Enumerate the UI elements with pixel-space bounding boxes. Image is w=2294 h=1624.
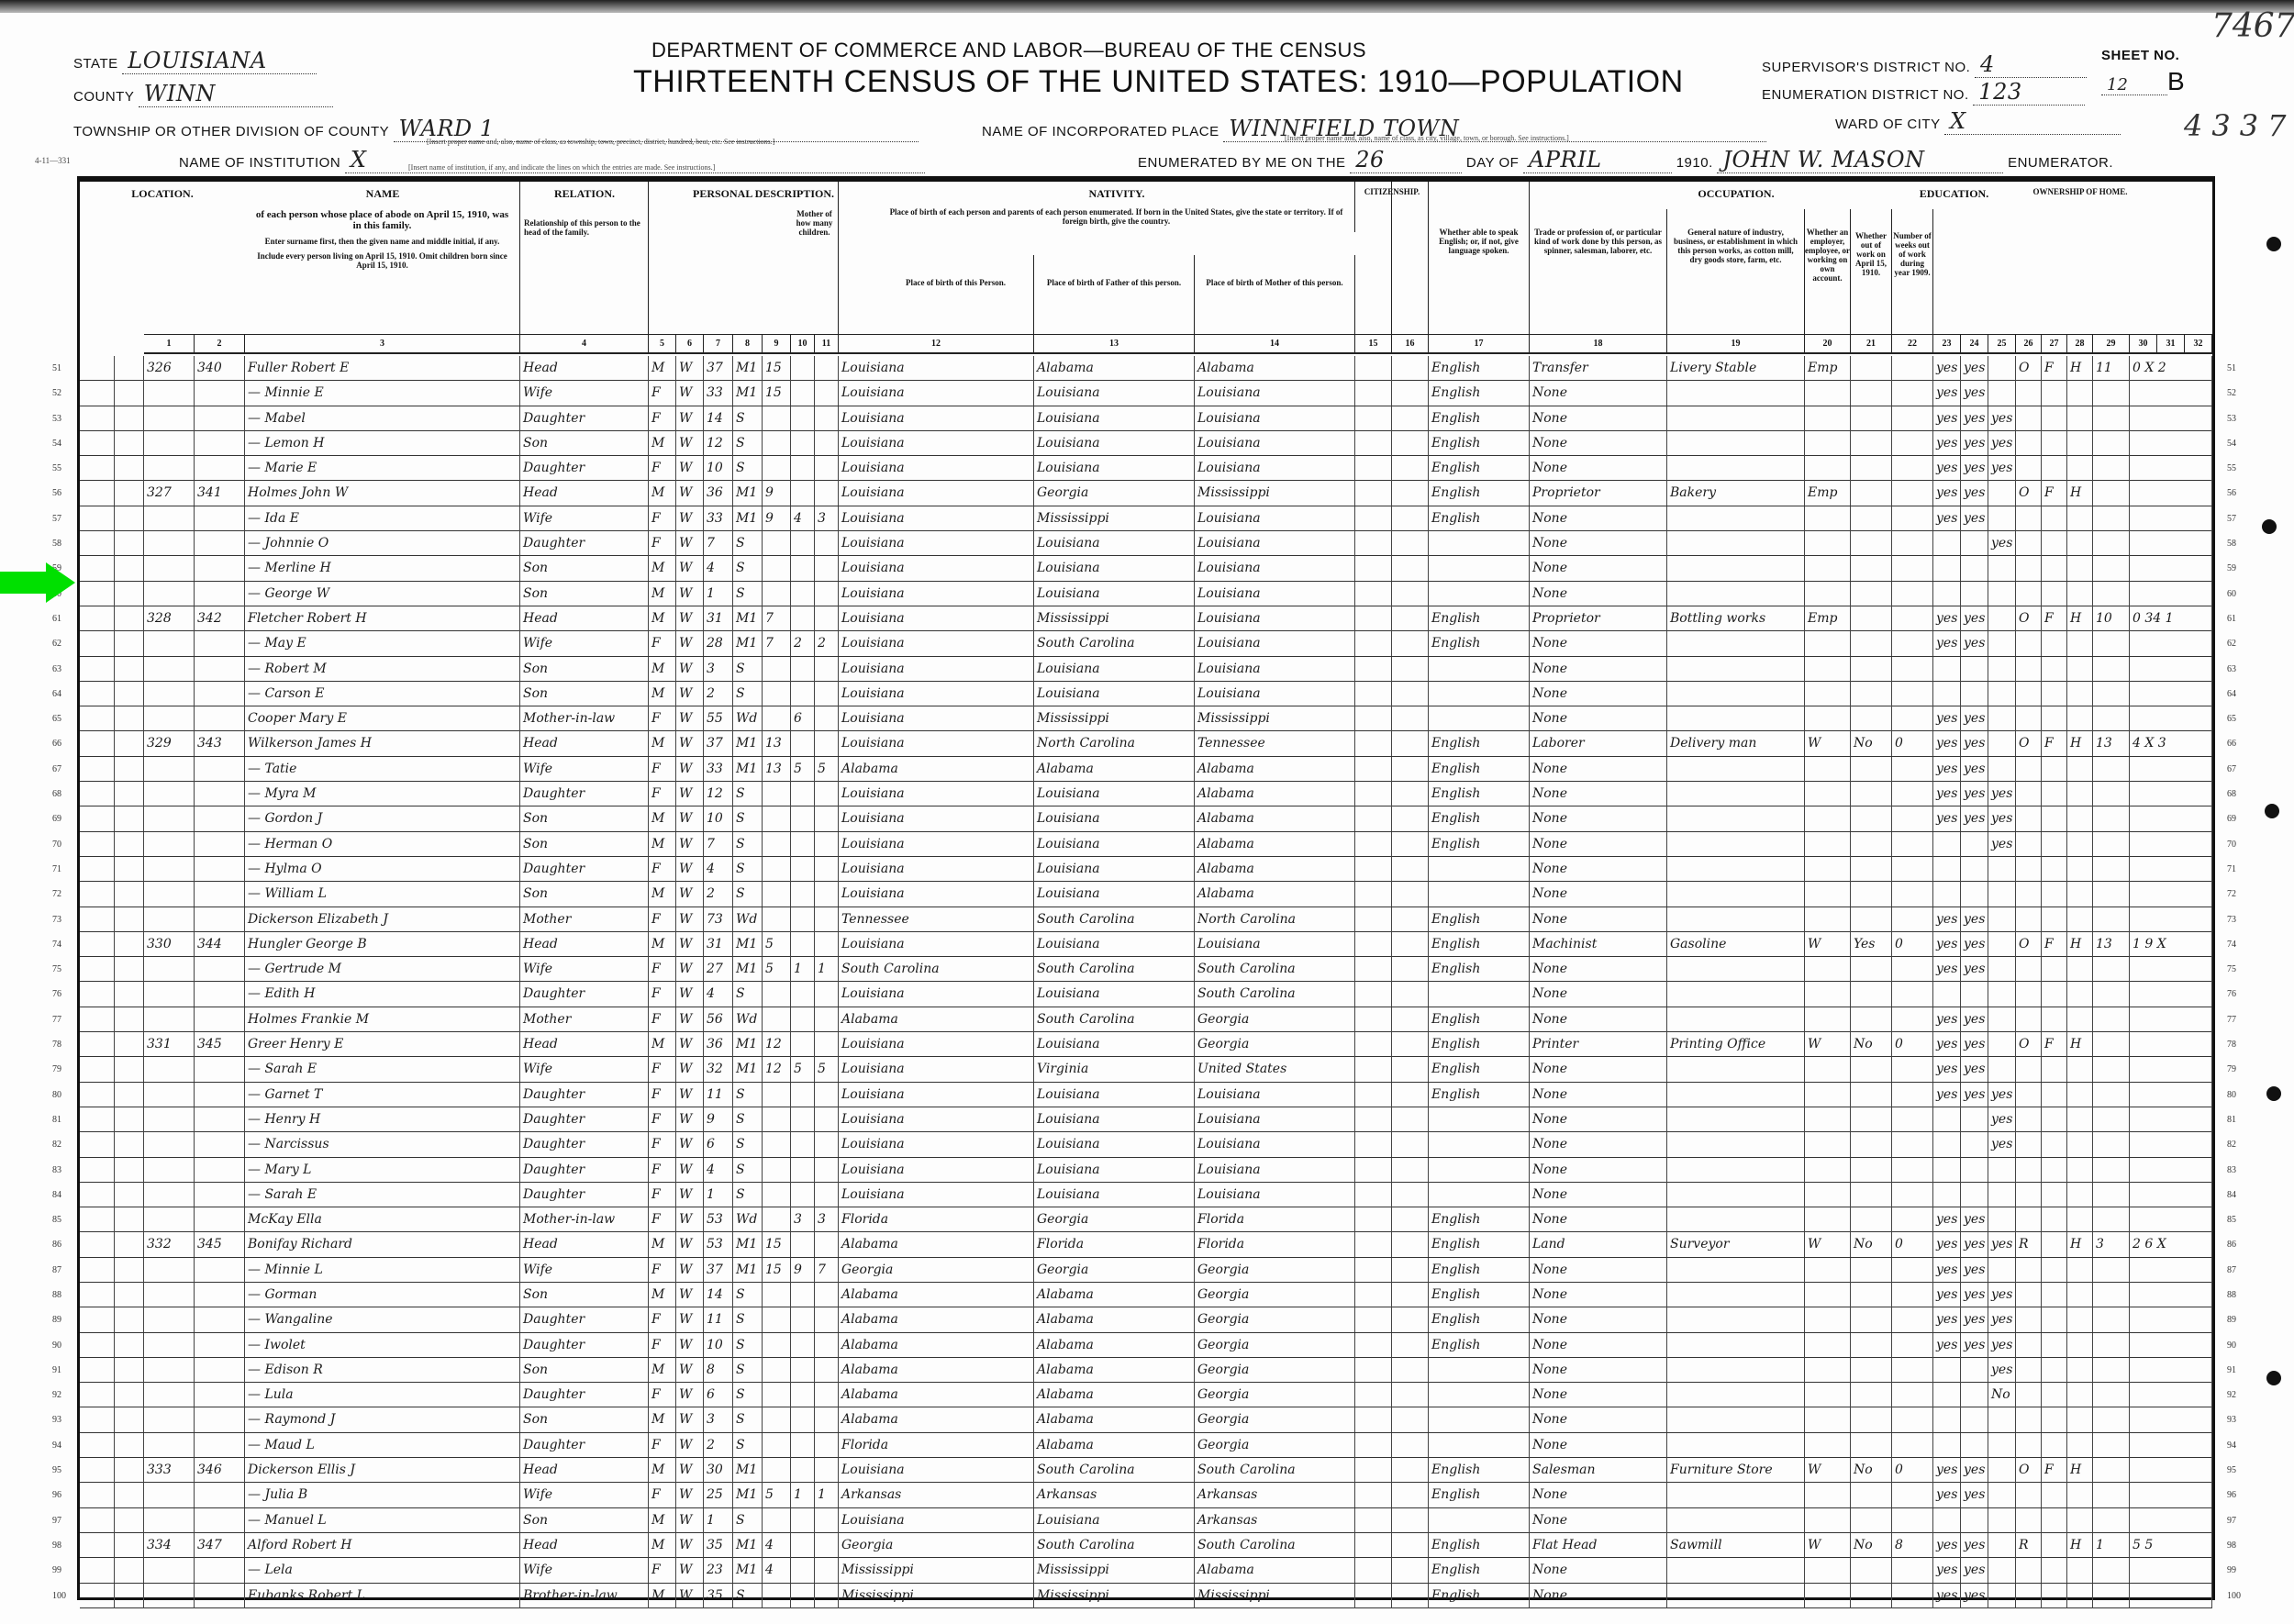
cell-language: English — [1429, 431, 1530, 456]
cell-father-birth: Mississippi — [1034, 506, 1195, 531]
cell-employer — [1805, 431, 1851, 456]
cell-read: yes — [1933, 1533, 1961, 1558]
cell-out-of-work — [1851, 481, 1892, 506]
cell-read: yes — [1933, 1307, 1961, 1332]
cell-born — [791, 682, 815, 706]
cell-name: Alford Robert H — [245, 1533, 520, 1558]
cell-owned — [2016, 1433, 2042, 1458]
cell-mother-birth: Georgia — [1195, 1333, 1355, 1358]
cell-father-birth: Alabama — [1034, 1407, 1195, 1432]
cell-relation: Daughter — [520, 1158, 649, 1183]
cell-empty — [80, 531, 115, 556]
cell-schedule — [2093, 1383, 2130, 1407]
cell-extra — [2130, 531, 2212, 556]
line-number-right: 82 — [2227, 1140, 2236, 1150]
cell-trade: None — [1530, 1558, 1667, 1583]
cell-empty — [1392, 556, 1429, 581]
cell-trade: None — [1530, 1057, 1667, 1082]
cell-empty — [80, 1508, 115, 1533]
cell-marital: M1 — [733, 731, 763, 756]
cell-marital: S — [733, 1358, 763, 1383]
cell-father-birth: Louisiana — [1034, 556, 1195, 581]
column-number: 20 — [1805, 334, 1851, 354]
cell-employer — [1805, 857, 1851, 882]
cell-extra — [2130, 1007, 2212, 1032]
cell-out-of-work — [1851, 456, 1892, 481]
cell-marital: S — [733, 582, 763, 606]
cell-family — [195, 832, 245, 857]
cell-empty — [1355, 1083, 1392, 1107]
cell-mother-birth: North Carolina — [1195, 907, 1355, 932]
cell-years-married — [763, 1158, 791, 1183]
cell-relation: Wife — [520, 1057, 649, 1082]
cell-free — [2042, 706, 2067, 731]
cell-empty — [115, 481, 144, 506]
line-number-left: 52 — [52, 388, 61, 398]
cell-years-married — [763, 1433, 791, 1458]
cell-language: English — [1429, 757, 1530, 782]
cell-age: 1 — [704, 1183, 733, 1207]
cell-employer: W — [1805, 1458, 1851, 1483]
cell-empty — [1392, 582, 1429, 606]
cell-sex: M — [649, 806, 676, 831]
cell-marital: S — [733, 1183, 763, 1207]
line-number-left: 81 — [52, 1115, 61, 1125]
line-number-left: 92 — [52, 1390, 61, 1400]
cell-house — [2067, 1183, 2093, 1207]
cell-father-birth: Florida — [1034, 1232, 1195, 1257]
cell-born: 9 — [791, 1258, 815, 1283]
cell-write — [1961, 1158, 1988, 1183]
cell-mother-birth: Louisiana — [1195, 431, 1355, 456]
cell-dwelling — [144, 1383, 195, 1407]
cell-age: 4 — [704, 982, 733, 1007]
cell-out-of-work: No — [1851, 1533, 1892, 1558]
cell-schedule — [2093, 832, 2130, 857]
cell-read: yes — [1933, 731, 1961, 756]
table-row: — Maud LDaughterFW2SFloridaAlabamaGeorgi… — [80, 1433, 2212, 1458]
cell-out-of-work — [1851, 882, 1892, 907]
cell-write: yes — [1961, 1007, 1988, 1032]
cell-years-married — [763, 706, 791, 731]
cell-living — [815, 556, 839, 581]
cell-schedule — [2093, 506, 2130, 531]
line-number-right: 64 — [2227, 689, 2236, 699]
cell-relation: Son — [520, 556, 649, 581]
line-number-left: 80 — [52, 1090, 61, 1100]
cell-empty — [115, 1057, 144, 1082]
cell-relation: Daughter — [520, 1383, 649, 1407]
cell-language: English — [1429, 1283, 1530, 1307]
cell-marital: S — [733, 1132, 763, 1157]
cell-father-birth: Georgia — [1034, 1207, 1195, 1232]
cell-dwelling: 333 — [144, 1458, 195, 1483]
cell-language: English — [1429, 1333, 1530, 1358]
cell-race: W — [676, 1283, 704, 1307]
cell-sex: M — [649, 1232, 676, 1257]
cell-trade: None — [1530, 582, 1667, 606]
cell-house — [2067, 456, 2093, 481]
table-row: — Manuel LSonMW1SLouisianaLouisianaArkan… — [80, 1508, 2212, 1533]
cell-house — [2067, 1307, 2093, 1332]
cell-race: W — [676, 1558, 704, 1583]
cell-schedule — [2093, 531, 2130, 556]
cell-free — [2042, 657, 2067, 682]
line-number-left: 64 — [52, 689, 61, 699]
cell-empty — [1355, 757, 1392, 782]
cell-employer — [1805, 1207, 1851, 1232]
cell-owned: O — [2016, 1458, 2042, 1483]
cell-empty — [1392, 857, 1429, 882]
cell-read — [1933, 1132, 1961, 1157]
cell-trade: None — [1530, 1483, 1667, 1507]
cell-name: Dickerson Ellis J — [245, 1458, 520, 1483]
cell-out-of-work: No — [1851, 1232, 1892, 1257]
cell-employer — [1805, 506, 1851, 531]
cell-house — [2067, 1508, 2093, 1533]
table-row: — Minnie EWifeFW33M115LouisianaLouisiana… — [80, 381, 2212, 406]
cell-free — [2042, 506, 2067, 531]
cell-trade: None — [1530, 1584, 1667, 1608]
cell-empty — [1355, 1483, 1392, 1507]
cell-born — [791, 907, 815, 932]
cell-empty — [115, 1032, 144, 1057]
cell-years-married: 15 — [763, 356, 791, 381]
cell-family — [195, 1433, 245, 1458]
cell-empty — [1392, 706, 1429, 731]
cell-industry: Bakery — [1667, 481, 1805, 506]
enumeration-label: ENUMERATION DISTRICT NO. — [1762, 87, 1969, 103]
cell-family — [195, 982, 245, 1007]
line-number-right: 66 — [2227, 739, 2236, 749]
cell-birth: Louisiana — [839, 1183, 1034, 1207]
cell-house — [2067, 957, 2093, 982]
cell-age: 32 — [704, 1057, 733, 1082]
cell-house — [2067, 882, 2093, 907]
cell-employer — [1805, 832, 1851, 857]
cell-family — [195, 1584, 245, 1608]
cell-father-birth: South Carolina — [1034, 907, 1195, 932]
cell-write: yes — [1961, 1232, 1988, 1257]
cell-sex: F — [649, 1433, 676, 1458]
cell-age: 4 — [704, 1158, 733, 1183]
ward-value: X — [1944, 108, 2121, 135]
line-number-left: 91 — [52, 1365, 61, 1375]
cell-race: W — [676, 582, 704, 606]
cell-extra — [2130, 1107, 2212, 1132]
cell-employer — [1805, 1258, 1851, 1283]
cell-language: English — [1429, 1007, 1530, 1032]
census-title: THIRTEENTH CENSUS OF THE UNITED STATES: … — [633, 64, 1684, 100]
cell-mother-birth: Mississippi — [1195, 706, 1355, 731]
cell-free — [2042, 381, 2067, 406]
cell-age: 1 — [704, 582, 733, 606]
cell-empty — [1355, 1508, 1392, 1533]
cell-school — [1988, 481, 2016, 506]
cell-empty — [80, 706, 115, 731]
cell-read — [1933, 682, 1961, 706]
cell-schedule — [2093, 682, 2130, 706]
cell-weeks-out — [1892, 456, 1933, 481]
cell-age: 2 — [704, 1433, 733, 1458]
cell-dwelling — [144, 631, 195, 656]
cell-sex: M — [649, 556, 676, 581]
cell-read: yes — [1933, 1483, 1961, 1507]
cell-name: — William L — [245, 882, 520, 907]
cell-age: 8 — [704, 1358, 733, 1383]
cell-employer — [1805, 1584, 1851, 1608]
cell-empty — [1392, 932, 1429, 957]
cell-language: English — [1429, 631, 1530, 656]
table-row: Eubanks Robert LBrother-in-lawMW35SMissi… — [80, 1584, 2212, 1608]
cell-name: — Raymond J — [245, 1407, 520, 1432]
cell-weeks-out — [1892, 1584, 1933, 1608]
cell-schedule — [2093, 1032, 2130, 1057]
cell-free: F — [2042, 932, 2067, 957]
cell-empty — [115, 631, 144, 656]
cell-father-birth: Alabama — [1034, 1307, 1195, 1332]
cell-sex: F — [649, 406, 676, 431]
cell-empty — [80, 731, 115, 756]
cell-trade: Machinist — [1530, 932, 1667, 957]
cell-sex: M — [649, 1407, 676, 1432]
cell-father-birth: Alabama — [1034, 1283, 1195, 1307]
cell-father-birth: Alabama — [1034, 1358, 1195, 1383]
naturalized-header — [1392, 182, 1429, 334]
cell-empty — [80, 406, 115, 431]
cell-write — [1961, 982, 1988, 1007]
cell-language: English — [1429, 1584, 1530, 1608]
cell-dwelling — [144, 1307, 195, 1332]
cell-race: W — [676, 556, 704, 581]
cell-school — [1988, 706, 2016, 731]
cell-trade: None — [1530, 1007, 1667, 1032]
cell-language — [1429, 1383, 1530, 1407]
cell-birth: Louisiana — [839, 982, 1034, 1007]
cell-dwelling — [144, 1132, 195, 1157]
cell-read: yes — [1933, 481, 1961, 506]
cell-empty — [80, 381, 115, 406]
cell-race: W — [676, 381, 704, 406]
cell-free — [2042, 631, 2067, 656]
cell-free — [2042, 556, 2067, 581]
cell-write — [1961, 556, 1988, 581]
sheet-label: SHEET NO. — [2101, 48, 2185, 63]
cell-race: W — [676, 982, 704, 1007]
cell-empty — [80, 1032, 115, 1057]
cell-extra — [2130, 1458, 2212, 1483]
line-number-right: 78 — [2227, 1040, 2236, 1050]
cell-language: English — [1429, 1258, 1530, 1283]
cell-extra — [2130, 456, 2212, 481]
cell-weeks-out — [1892, 782, 1933, 806]
cell-write: yes — [1961, 1207, 1988, 1232]
line-number-left: 71 — [52, 864, 61, 874]
cell-age: 12 — [704, 431, 733, 456]
cell-relation: Son — [520, 1358, 649, 1383]
cell-industry — [1667, 381, 1805, 406]
cell-school: yes — [1988, 531, 2016, 556]
cell-born — [791, 431, 815, 456]
line-number-left: 51 — [52, 363, 61, 373]
column-number: 15 — [1355, 334, 1392, 354]
cell-relation: Daughter — [520, 1083, 649, 1107]
cell-empty — [1355, 582, 1392, 606]
table-row: — Herman OSonMW7SLouisianaLouisianaAlaba… — [80, 832, 2212, 857]
cell-mother-birth: Louisiana — [1195, 1132, 1355, 1157]
cell-trade: Laborer — [1530, 731, 1667, 756]
cell-born — [791, 356, 815, 381]
cell-age: 37 — [704, 356, 733, 381]
cell-empty — [80, 882, 115, 907]
cell-family — [195, 1183, 245, 1207]
cell-race: W — [676, 431, 704, 456]
cell-house: H — [2067, 606, 2093, 631]
cell-age: 6 — [704, 1132, 733, 1157]
line-number-right: 93 — [2227, 1415, 2236, 1425]
cell-years-married — [763, 1007, 791, 1032]
cell-owned — [2016, 857, 2042, 882]
cell-birth: Tennessee — [839, 907, 1034, 932]
cell-house — [2067, 1558, 2093, 1583]
cell-owned — [2016, 1007, 2042, 1032]
line-number-right: 87 — [2227, 1265, 2236, 1275]
line-number-right: 56 — [2227, 488, 2236, 498]
cell-empty — [1355, 406, 1392, 431]
cell-empty — [80, 1558, 115, 1583]
cell-family — [195, 506, 245, 531]
cell-weeks-out — [1892, 1483, 1933, 1507]
cell-write: yes — [1961, 731, 1988, 756]
cell-trade: None — [1530, 857, 1667, 882]
cell-mother-birth: Louisiana — [1195, 932, 1355, 957]
line-number-right: 57 — [2227, 514, 2236, 524]
cell-house — [2067, 1057, 2093, 1082]
cell-empty — [1392, 506, 1429, 531]
cell-schedule — [2093, 882, 2130, 907]
cell-mother-birth: Louisiana — [1195, 657, 1355, 682]
cell-out-of-work — [1851, 706, 1892, 731]
cell-father-birth: Louisiana — [1034, 1158, 1195, 1183]
table-row: — Robert MSonMW3SLouisianaLouisianaLouis… — [80, 657, 2212, 682]
cell-free — [2042, 1083, 2067, 1107]
cell-marital: M1 — [733, 1558, 763, 1583]
cell-father-birth: Louisiana — [1034, 1132, 1195, 1157]
cell-empty — [1392, 682, 1429, 706]
line-number-right: 53 — [2227, 414, 2236, 424]
cell-sex: F — [649, 1057, 676, 1082]
cell-family — [195, 1358, 245, 1383]
cell-language — [1429, 1433, 1530, 1458]
cell-house — [2067, 1584, 2093, 1608]
cell-empty — [115, 1358, 144, 1383]
cell-house — [2067, 506, 2093, 531]
cell-empty — [115, 932, 144, 957]
cell-out-of-work: No — [1851, 1032, 1892, 1057]
cell-mother-birth: Louisiana — [1195, 381, 1355, 406]
cell-marital: S — [733, 1383, 763, 1407]
cell-empty — [1392, 406, 1429, 431]
cell-schedule — [2093, 431, 2130, 456]
cell-relation: Daughter — [520, 1433, 649, 1458]
cell-marital: S — [733, 806, 763, 831]
cell-father-birth: South Carolina — [1034, 1007, 1195, 1032]
cell-name: — Lela — [245, 1558, 520, 1583]
cell-name: — Iwolet — [245, 1333, 520, 1358]
cell-age: 31 — [704, 932, 733, 957]
line-number-right: 58 — [2227, 539, 2236, 549]
cell-school — [1988, 1433, 2016, 1458]
cell-race: W — [676, 682, 704, 706]
cell-living — [815, 1383, 839, 1407]
cell-empty — [1392, 531, 1429, 556]
cell-family — [195, 556, 245, 581]
cell-mother-birth: Florida — [1195, 1207, 1355, 1232]
cell-race: W — [676, 907, 704, 932]
cell-sex: F — [649, 1132, 676, 1157]
cell-empty — [1355, 531, 1392, 556]
cell-living — [815, 606, 839, 631]
cell-empty — [1392, 832, 1429, 857]
cell-schedule — [2093, 1183, 2130, 1207]
cell-birth: Louisiana — [839, 657, 1034, 682]
cell-race: W — [676, 1307, 704, 1332]
cell-free — [2042, 1132, 2067, 1157]
cell-extra — [2130, 406, 2212, 431]
cell-extra — [2130, 556, 2212, 581]
cell-write: yes — [1961, 431, 1988, 456]
cell-free — [2042, 1508, 2067, 1533]
line-number-right: 94 — [2227, 1440, 2236, 1451]
cell-schedule — [2093, 757, 2130, 782]
cell-family — [195, 1107, 245, 1132]
cell-dwelling — [144, 706, 195, 731]
cell-born — [791, 832, 815, 857]
cell-schedule — [2093, 1158, 2130, 1183]
cell-trade: None — [1530, 957, 1667, 982]
cell-extra: 1 9 X — [2130, 932, 2212, 957]
cell-language: English — [1429, 806, 1530, 831]
cell-trade: None — [1530, 657, 1667, 682]
table-row: — Sarah EDaughterFW1SLouisianaLouisianaL… — [80, 1183, 2212, 1207]
enumeration-district-field: ENUMERATION DISTRICT NO. 123 — [1762, 79, 2085, 106]
cell-birth: Georgia — [839, 1533, 1034, 1558]
cell-extra — [2130, 1584, 2212, 1608]
cell-school — [1988, 682, 2016, 706]
cell-trade: None — [1530, 1383, 1667, 1407]
cell-out-of-work — [1851, 1258, 1892, 1283]
cell-free — [2042, 582, 2067, 606]
cell-empty — [80, 806, 115, 831]
cell-extra — [2130, 1307, 2212, 1332]
cell-extra — [2130, 381, 2212, 406]
cell-family — [195, 582, 245, 606]
cell-race: W — [676, 456, 704, 481]
cell-relation: Daughter — [520, 982, 649, 1007]
line-number-right: 73 — [2227, 915, 2236, 925]
cell-industry — [1667, 1558, 1805, 1583]
cell-house — [2067, 757, 2093, 782]
cell-empty — [1392, 907, 1429, 932]
cell-age: 7 — [704, 531, 733, 556]
cell-empty — [1392, 1333, 1429, 1358]
table-row: — Ida EWifeFW33M1943LouisianaMississippi… — [80, 506, 2212, 531]
cell-family — [195, 406, 245, 431]
cell-industry — [1667, 1508, 1805, 1533]
cell-empty — [80, 1258, 115, 1283]
cell-extra — [2130, 757, 2212, 782]
sheet-value: 12 — [2101, 75, 2167, 95]
